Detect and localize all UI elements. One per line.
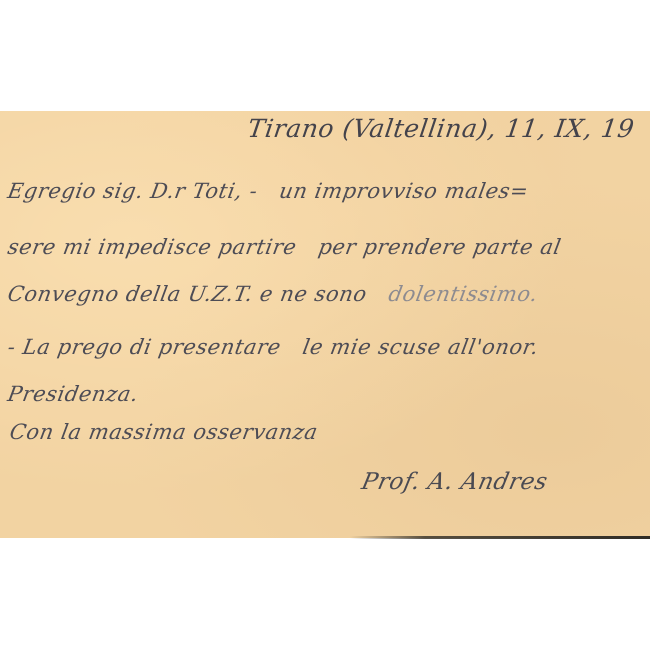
body-line: - La prego di presentarele mie scuse all… [6, 335, 541, 359]
body-text-faded: dolentissimo. [387, 282, 540, 306]
dateline: Tirano (Valtellina), 11, IX, 19 [246, 114, 636, 143]
postcard: Tirano (Valtellina), 11, IX, 19 Egregio … [0, 111, 650, 538]
body-line: sere mi impedisce partireper prendere pa… [6, 235, 563, 259]
body-text: le mie scuse all'onor. [301, 335, 541, 359]
body-text: - La prego di presentare [6, 335, 283, 359]
body-text: Convegno della U.Z.T. e ne sono [6, 282, 369, 306]
salutation-line: Egregio sig. D.r Toti, -un improvviso ma… [6, 179, 531, 203]
body-line: Presidenza. [6, 382, 141, 406]
closing-text: Con la massima osservanza [8, 420, 320, 444]
card-edge-shadow [350, 536, 650, 539]
body-text: sere mi impedisce partire [6, 235, 299, 259]
body-text: Presidenza. [6, 382, 141, 406]
body-line: Convegno della U.Z.T. e ne sonodolentiss… [6, 282, 540, 306]
salutation-text: Egregio sig. D.r Toti, - [6, 179, 260, 203]
body-text: per prendere parte al [316, 235, 563, 259]
closing-line: Con la massima osservanza [8, 420, 320, 444]
signature: Prof. A. Andres [359, 469, 550, 495]
body-text: un improvviso males= [277, 179, 530, 203]
